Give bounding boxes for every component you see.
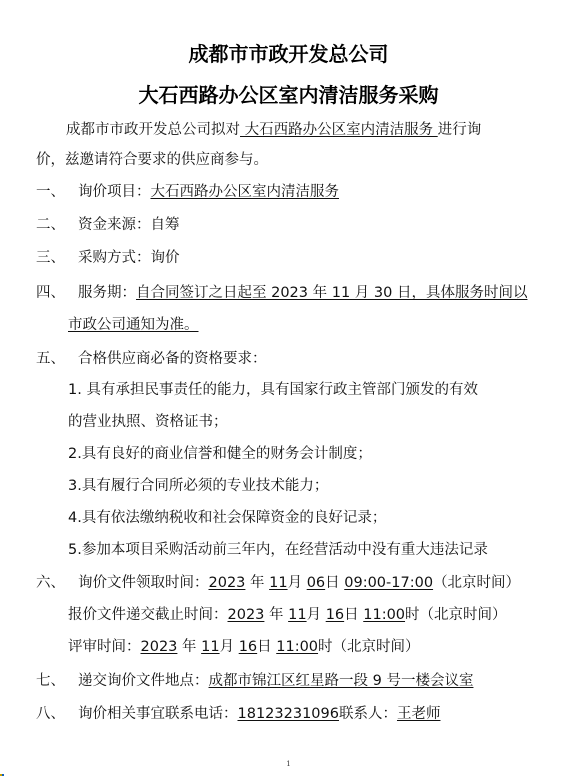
section-submission-location: 七、递交询价文件地点：成都市锦江区红星路一段 9 号一楼会议室 (36, 671, 473, 691)
pickup-day: 06 (307, 575, 325, 591)
intro-line-1: 成都市市政开发总公司拟对 大石西路办公区室内清洁服务 进行询 (66, 120, 481, 140)
section-inquiry-item: 一、询价项目：大石西路办公区室内清洁服务 (36, 182, 339, 202)
contact-person: 王老师 (397, 706, 441, 722)
intro-project-name: 大石西路办公区室内清洁服务 (240, 122, 438, 138)
deadline-time: 11:00 (363, 607, 405, 623)
section-service-period: 四、服务期：自合同签订之日起至 2023 年 11 月 30 日，具体服务时间以 (36, 283, 527, 303)
deadline-year: 2023 (228, 607, 265, 623)
section-service-period-cont: 市政公司通知为准。 (68, 315, 199, 335)
section-number: 六、 (36, 573, 78, 593)
time-unit: 时 (405, 607, 420, 623)
section-label: 合格供应商必备的资格要求： (78, 351, 267, 367)
day-unit: 日 (257, 639, 272, 655)
schedule-submission-deadline: 报价文件递交截止时间：2023 年 11月 16日 11:00时（北京时间） (68, 605, 507, 625)
requirement-1-line-1: 1. 具有承担民事责任的能力，具有国家行政主管部门颁发的有效 (68, 380, 478, 400)
section-number: 三、 (36, 248, 78, 268)
requirement-3: 3.具有履行合同所必须的专业技术能力； (68, 476, 328, 496)
pickup-label: 询价文件领取时间： (78, 575, 209, 591)
section-label: 资金来源： (78, 217, 151, 233)
requirement-5: 5.参加本项目采购活动前三年内，在经营活动中没有重大违法记录 (68, 540, 488, 560)
intro-suffix: 进行询 (438, 122, 482, 138)
section-number: 八、 (36, 704, 78, 724)
section-value: 大石西路办公区室内清洁服务 (151, 184, 340, 200)
pickup-timezone: （北京时间） (433, 575, 520, 591)
deadline-day: 16 (326, 607, 344, 623)
schedule-review-time: 评审时间：2023 年 11月 16日 11:00时（北京时间） (68, 637, 420, 657)
deadline-timezone: （北京时间） (420, 607, 507, 623)
schedule-pickup-time: 六、询价文件领取时间：2023 年 11月 06日 09:00-17:00（北京… (36, 573, 520, 593)
contact-phone: 18123231096 (238, 706, 339, 722)
year-unit: 年 (250, 575, 265, 591)
section-label: 采购方式： (78, 250, 151, 266)
section-label: 询价项目： (78, 184, 151, 200)
year-unit: 年 (269, 607, 284, 623)
page-number: 1 (0, 760, 577, 768)
pickup-time: 09:00-17:00 (344, 575, 433, 591)
day-unit: 日 (344, 607, 359, 623)
pickup-month: 11 (269, 575, 287, 591)
review-year: 2023 (141, 639, 178, 655)
section-procurement-method: 三、采购方式：询价 (36, 248, 180, 268)
requirement-1-line-2: 的营业执照、资格证书； (68, 412, 228, 432)
document-title-company: 成都市市政开发总公司 (0, 38, 577, 67)
deadline-month: 11 (288, 607, 306, 623)
section-value: 询价 (151, 250, 180, 266)
location-value: 成都市锦江区红星路一段 9 号一楼会议室 (209, 673, 474, 689)
contact-person-label: 联系人： (339, 706, 397, 722)
review-month: 11 (201, 639, 219, 655)
review-label: 评审时间： (68, 639, 141, 655)
section-value: 自筹 (151, 217, 180, 233)
contact-phone-label: 询价相关事宜联系电话： (78, 706, 238, 722)
section-qualifications: 五、合格供应商必备的资格要求： (36, 349, 267, 369)
location-label: 递交询价文件地点： (78, 673, 209, 689)
year-unit: 年 (182, 639, 197, 655)
section-value-line-1: 自合同签订之日起至 2023 年 11 月 30 日，具体服务时间以 (136, 285, 527, 301)
review-timezone: （北京时间） (333, 639, 420, 655)
section-label: 服务期： (78, 285, 136, 301)
section-number: 四、 (36, 283, 78, 303)
section-contact: 八、询价相关事宜联系电话：18123231096联系人：王老师 (36, 704, 440, 724)
deadline-label: 报价文件递交截止时间： (68, 607, 228, 623)
day-unit: 日 (325, 575, 340, 591)
review-day: 16 (239, 639, 257, 655)
section-funding-source: 二、资金来源：自筹 (36, 215, 180, 235)
section-value-line-2: 市政公司通知为准。 (68, 317, 199, 333)
intro-line-2: 价，兹邀请符合要求的供应商参与。 (36, 150, 268, 170)
section-number: 七、 (36, 671, 78, 691)
intro-prefix: 成都市市政开发总公司拟对 (66, 122, 240, 138)
month-unit: 月 (220, 639, 235, 655)
month-unit: 月 (307, 607, 322, 623)
pickup-year: 2023 (209, 575, 246, 591)
section-number: 五、 (36, 349, 78, 369)
requirement-4: 4.具有依法缴纳税收和社会保障资金的良好记录； (68, 508, 386, 528)
review-time: 11:00 (276, 639, 318, 655)
section-number: 二、 (36, 215, 78, 235)
requirement-2: 2.具有良好的商业信誉和健全的财务会计制度； (68, 444, 372, 464)
month-unit: 月 (288, 575, 303, 591)
document-title-project: 大石西路办公区室内清洁服务采购 (0, 79, 577, 108)
time-unit: 时 (318, 639, 333, 655)
section-number: 一、 (36, 182, 78, 202)
